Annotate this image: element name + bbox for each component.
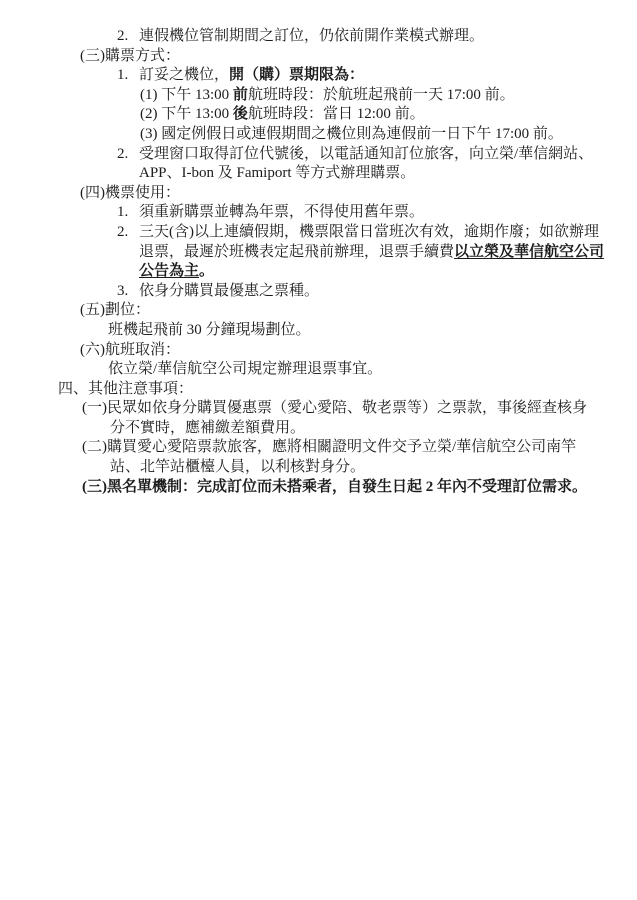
text-run: (2) 下午 13:00 [140,106,233,122]
list-number: 1. [117,203,139,223]
text-run: 依身分購買最優惠之票種。 [139,283,319,299]
text-run: 。 [199,263,214,279]
doc-line: 1.訂妥之機位，開（購）票期限為： [0,66,637,86]
text-run: 依立榮/華信航空公司規定辦理退票事宜。 [108,361,382,377]
doc-line: (五)劃位： [0,301,637,321]
text-run: (六)航班取消： [80,342,180,358]
text-run: 訂妥之機位， [139,67,229,83]
text-run: 班機起飛前 30 分鐘現場劃位。 [108,322,311,338]
list-number: 1. [117,66,139,86]
text-run: 三天(含)以上連續假期，機票限當日當班次有效，逾期作廢；如欲辦理 [139,224,599,240]
text-run: 航班時段：當日 12:00 前。 [248,106,425,122]
doc-line: (1) 下午 13:00 前航班時段：於航班起飛前一天 17:00 前。 [0,86,637,106]
text-run: 須重新購票並轉為年票，不得使用舊年票。 [139,204,424,220]
text-run: 受理窗口取得訂位代號後，以電話通知訂位旅客，向立榮/華信網站、 [139,146,593,162]
text-run: 開（購）票期限為： [229,67,364,83]
text-run: (四)機票使用： [80,185,180,201]
doc-line: (3) 國定例假日或連假期間之機位則為連假前一日下午 17:00 前。 [0,125,637,145]
doc-line: 依立榮/華信航空公司規定辦理退票事宜。 [0,360,637,380]
doc-line: 退票，最遲於班機表定起飛前辦理，退票手續費以立榮及華信航空公司 [0,243,637,263]
text-run: 分不實時，應補繳差額費用。 [110,420,305,436]
doc-line: 2.連假機位管制期間之訂位，仍依前開作業模式辦理。 [0,27,637,47]
text-run: 四、其他注意事項： [58,381,193,397]
doc-line: 公告為主。 [0,262,637,282]
text-run: (1) 下午 13:00 [140,87,233,103]
list-number: 2. [117,145,139,165]
doc-line: 2.受理窗口取得訂位代號後，以電話通知訂位旅客，向立榮/華信網站、 [0,145,637,165]
text-run: 以立榮及華信航空公司 [454,244,604,260]
text-run: (三)購票方式： [80,48,180,64]
doc-line: 站、北竿站櫃檯人員，以利核對身分。 [0,458,637,478]
doc-line: 1.須重新購票並轉為年票，不得使用舊年票。 [0,203,637,223]
doc-line: 四、其他注意事項： [0,380,637,400]
text-run: (三)黑名單機制：完成訂位而未搭乘者，自發生日起 2 年內不受理訂位需求。 [82,479,587,495]
text-run: 站、北竿站櫃檯人員，以利核對身分。 [110,459,365,475]
text-run: 退票，最遲於班機表定起飛前辦理，退票手續費 [139,244,454,260]
doc-line: (二)購買愛心愛陪票款旅客，應將相關證明文件交予立榮/華信航空公司南竿 [0,438,637,458]
doc-line: (三)黑名單機制：完成訂位而未搭乘者，自發生日起 2 年內不受理訂位需求。 [0,478,637,498]
doc-line: (六)航班取消： [0,341,637,361]
text-run: 航班時段：於航班起飛前一天 17:00 前。 [248,87,515,103]
text-run: APP、I-bon 及 Famiport 等方式辦理購票。 [139,165,415,181]
doc-line: (四)機票使用： [0,184,637,204]
text-run: (二)購買愛心愛陪票款旅客，應將相關證明文件交予立榮/華信航空公司南竿 [82,439,576,455]
doc-line: 2.三天(含)以上連續假期，機票限當日當班次有效，逾期作廢；如欲辦理 [0,223,637,243]
doc-line: (一)民眾如依身分購買優惠票（愛心愛陪、敬老票等）之票款，事後經查核身 [0,399,637,419]
list-number: 2. [117,223,139,243]
document-text-block: 2.連假機位管制期間之訂位，仍依前開作業模式辦理。(三)購票方式：1.訂妥之機位… [0,27,637,497]
doc-line: 分不實時，應補繳差額費用。 [0,419,637,439]
doc-line: APP、I-bon 及 Famiport 等方式辦理購票。 [0,164,637,184]
text-run: 前 [233,87,248,103]
list-number: 2. [117,27,139,47]
text-run: (五)劃位： [80,302,150,318]
text-run: (3) 國定例假日或連假期間之機位則為連假前一日下午 17:00 前。 [140,126,563,142]
text-run: 連假機位管制期間之訂位，仍依前開作業模式辦理。 [139,28,484,44]
text-run: (一)民眾如依身分購買優惠票（愛心愛陪、敬老票等）之票款，事後經查核身 [82,400,587,416]
doc-line: (2) 下午 13:00 後航班時段：當日 12:00 前。 [0,105,637,125]
doc-line: 3.依身分購買最優惠之票種。 [0,282,637,302]
doc-line: (三)購票方式： [0,47,637,67]
list-number: 3. [117,282,139,302]
text-run: 後 [233,106,248,122]
document-page: 2.連假機位管制期間之訂位，仍依前開作業模式辦理。(三)購票方式：1.訂妥之機位… [0,0,637,900]
text-run: 公告為主 [139,263,199,279]
doc-line: 班機起飛前 30 分鐘現場劃位。 [0,321,637,341]
